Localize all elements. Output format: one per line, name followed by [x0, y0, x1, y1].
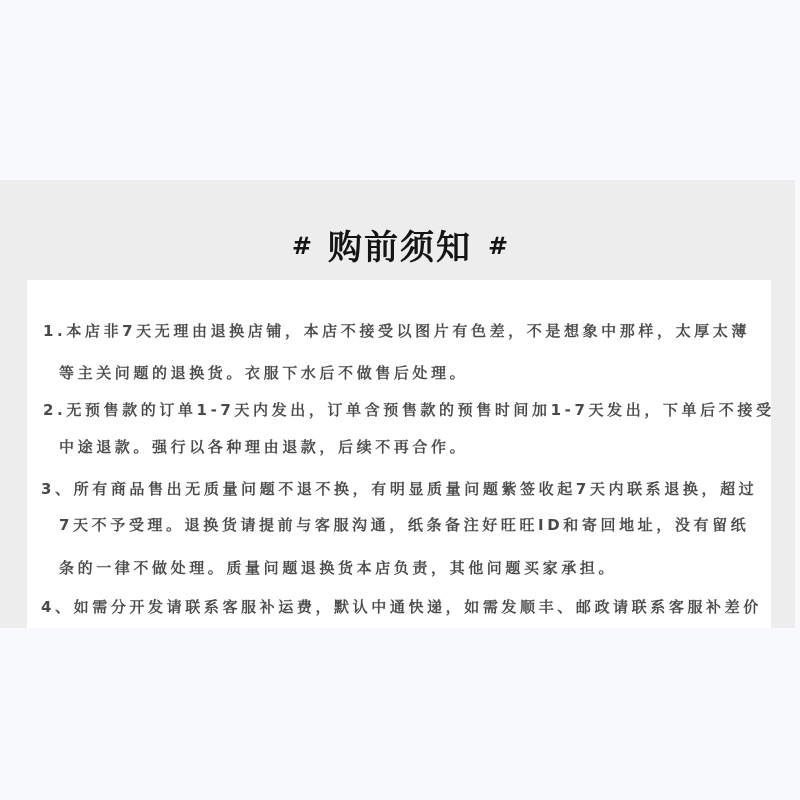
note-1-line-2: 等主关问题的退换货。衣服下水后不做售后处理。 [59, 363, 468, 383]
note-2-line-1: 2.无预售款的订单1-7天内发出，订单含预售款的预售时间加1-7天发出，下单后不… [43, 400, 771, 420]
note-3-line-2: 7天不予受理。退换货请提前与客服沟通，纸条备注好旺旺ID和寄回地址，没有留纸 [59, 515, 749, 535]
note-2-line-2: 中途退款。强行以各种理由退款，后续不再合作。 [59, 437, 468, 457]
title-text: 购前须知 [328, 220, 472, 269]
notice-card: 1.本店非7天无理由退换店铺，本店不接受以图片有色差，不是想象中那样，太厚太薄 … [27, 280, 771, 628]
hash-mark-left: # [292, 232, 312, 260]
page: # 购前须知 # 1.本店非7天无理由退换店铺，本店不接受以图片有色差，不是想象… [0, 0, 800, 800]
note-1-line-1: 1.本店非7天无理由退换店铺，本店不接受以图片有色差，不是想象中那样，太厚太薄 [43, 321, 750, 341]
hash-mark-right: # [488, 232, 508, 260]
notice-title: # 购前须知 # [0, 222, 800, 266]
note-3-line-1: 3、所有商品售出无质量问题不退不换，有明显质量问题紫签收起7天内联系退换，超过 [41, 479, 757, 499]
note-4-line-1: 4、如需分开发请联系客服补运费，默认中通快递，如需发顺丰、邮政请联系客服补差价 [41, 597, 762, 617]
note-3-line-3: 条的一律不做处理。质量问题退换货本店负责，其他问题买家承担。 [59, 558, 617, 578]
